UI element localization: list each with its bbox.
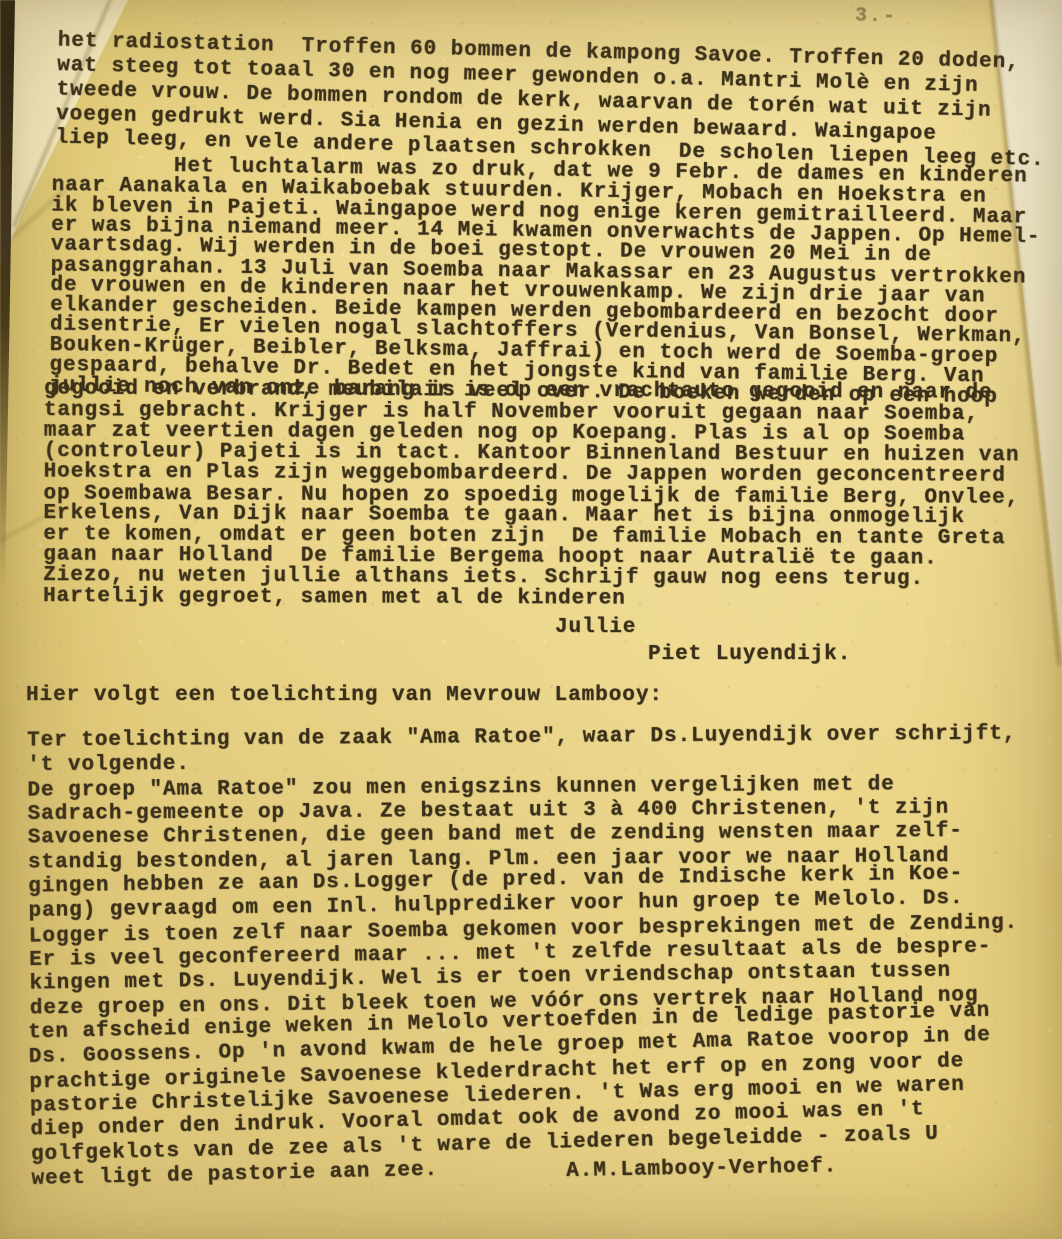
- explanation-heading: Hier volgt een toelichting van Mevrouw L…: [26, 684, 663, 707]
- explanation-paragraph-2: gingen hebben ze aan Ds.Logger (de pred.…: [28, 862, 1019, 1022]
- explanation-signature: A.M.Lambooy-Verhoef.: [566, 1155, 837, 1183]
- letter-signature: Piet Luyendijk.: [648, 643, 851, 666]
- typed-line: Hartelijk gegroet, samen met al de kinde…: [43, 587, 1019, 612]
- letter-paragraph-1: het radiostation Troffen 60 bommen de ka…: [55, 30, 1047, 173]
- explanation-paragraph-3: ten afscheid enige weken in Melolo verto…: [28, 1000, 994, 1192]
- page-number: 3.-: [855, 5, 897, 29]
- letter-paragraph-3: gegooid en verbrand, meubilair is op een…: [43, 380, 1020, 612]
- typed-line: gaan naar Holland De familie Bergema hoo…: [43, 545, 1019, 570]
- explanation-paragraph-1: Ter toelichting van de zaak "Ama Ratoe",…: [27, 723, 1017, 876]
- typed-line: gegooid en verbrand, meubilair is op een…: [44, 380, 1020, 405]
- letter-paragraph-2: Het luchtalarm was zo druk, dat we 9 Feb…: [49, 156, 1041, 408]
- letter-scan-photo: 3.- het radiostation Troffen 60 bommen d…: [0, 0, 1062, 1239]
- typed-line: maar zat veertien dagen geleden nog op K…: [44, 422, 1020, 447]
- letter-closing: Jullie: [555, 616, 636, 639]
- typed-line: op Soembawa Besar. Nu hopen zo spoedig m…: [43, 484, 1019, 509]
